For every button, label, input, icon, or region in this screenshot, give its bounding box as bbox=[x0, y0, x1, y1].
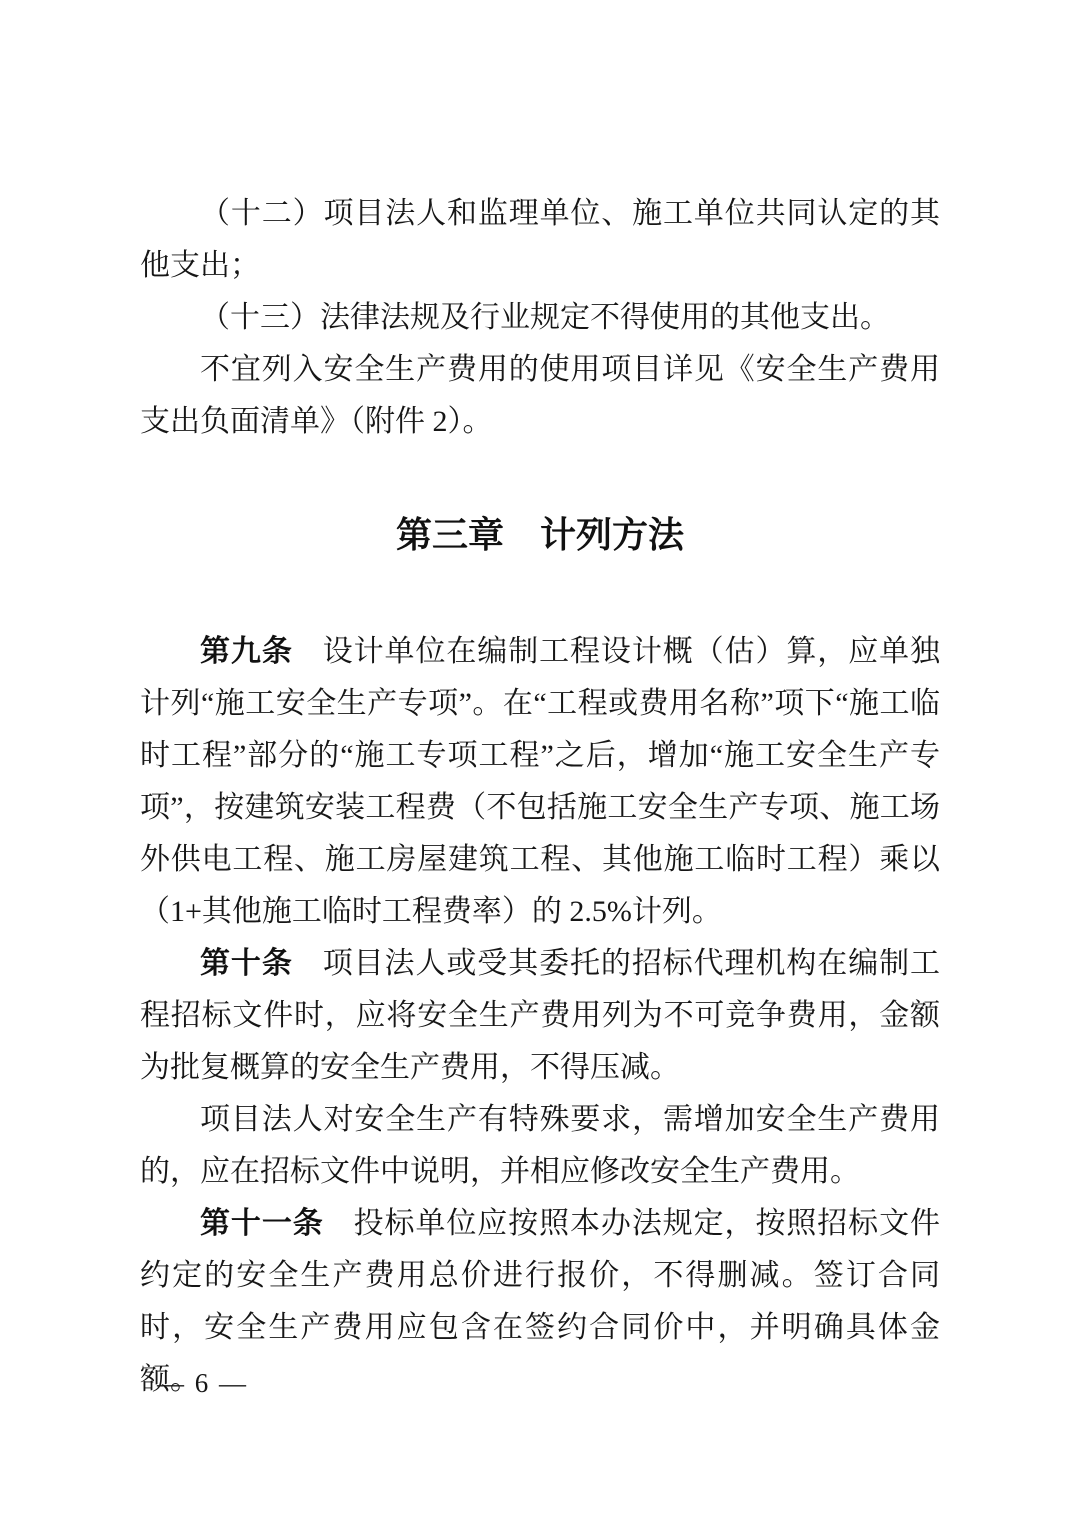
page-number: — 6 — bbox=[157, 1368, 248, 1398]
article-10-para-2-text: 项目法人对安全生产有特殊要求，需增加安全生产费用的，应在招标文件中说明，并相应修… bbox=[140, 1103, 940, 1188]
negative-list-note: 不宜列入安全生产费用的使用项目详见《安全生产费用支出负面清单》（附件 2）。 bbox=[140, 344, 940, 448]
item-13: （十三）法律法规及行业规定不得使用的其他支出。 bbox=[140, 292, 940, 344]
article-10-para-2: 项目法人对安全生产有特殊要求，需增加安全生产费用的，应在招标文件中说明，并相应修… bbox=[140, 1094, 940, 1198]
page-footer: — 6 — bbox=[157, 1366, 248, 1400]
document-content: （十二）项目法人和监理单位、施工单位共同认定的其他支出；（十三）法律法规及行业规… bbox=[140, 188, 940, 1406]
item-12-text: （十二）项目法人和监理单位、施工单位共同认定的其他支出； bbox=[140, 197, 940, 282]
document-page: （十二）项目法人和监理单位、施工单位共同认定的其他支出；（十三）法律法规及行业规… bbox=[0, 0, 1074, 1520]
article-11: 第十一条投标单位应按照本办法规定，按照招标文件约定的安全生产费用总价进行报价，不… bbox=[140, 1198, 940, 1406]
article-9-label: 第九条 bbox=[200, 635, 293, 668]
negative-list-note-text: 不宜列入安全生产费用的使用项目详见《安全生产费用支出负面清单》（附件 2）。 bbox=[140, 353, 940, 438]
chapter-3-heading: 第三章 计列方法 bbox=[140, 509, 940, 561]
article-11-label: 第十一条 bbox=[200, 1207, 324, 1240]
item-12: （十二）项目法人和监理单位、施工单位共同认定的其他支出； bbox=[140, 188, 940, 292]
article-9: 第九条设计单位在编制工程设计概（估）算，应单独计列“施工安全生产专项”。在“工程… bbox=[140, 626, 940, 938]
item-13-text: （十三）法律法规及行业规定不得使用的其他支出。 bbox=[200, 301, 890, 334]
article-10-label: 第十条 bbox=[200, 947, 293, 980]
article-9-text: 设计单位在编制工程设计概（估）算，应单独计列“施工安全生产专项”。在“工程或费用… bbox=[140, 635, 940, 928]
article-10: 第十条项目法人或受其委托的招标代理机构在编制工程招标文件时，应将安全生产费用列为… bbox=[140, 938, 940, 1094]
